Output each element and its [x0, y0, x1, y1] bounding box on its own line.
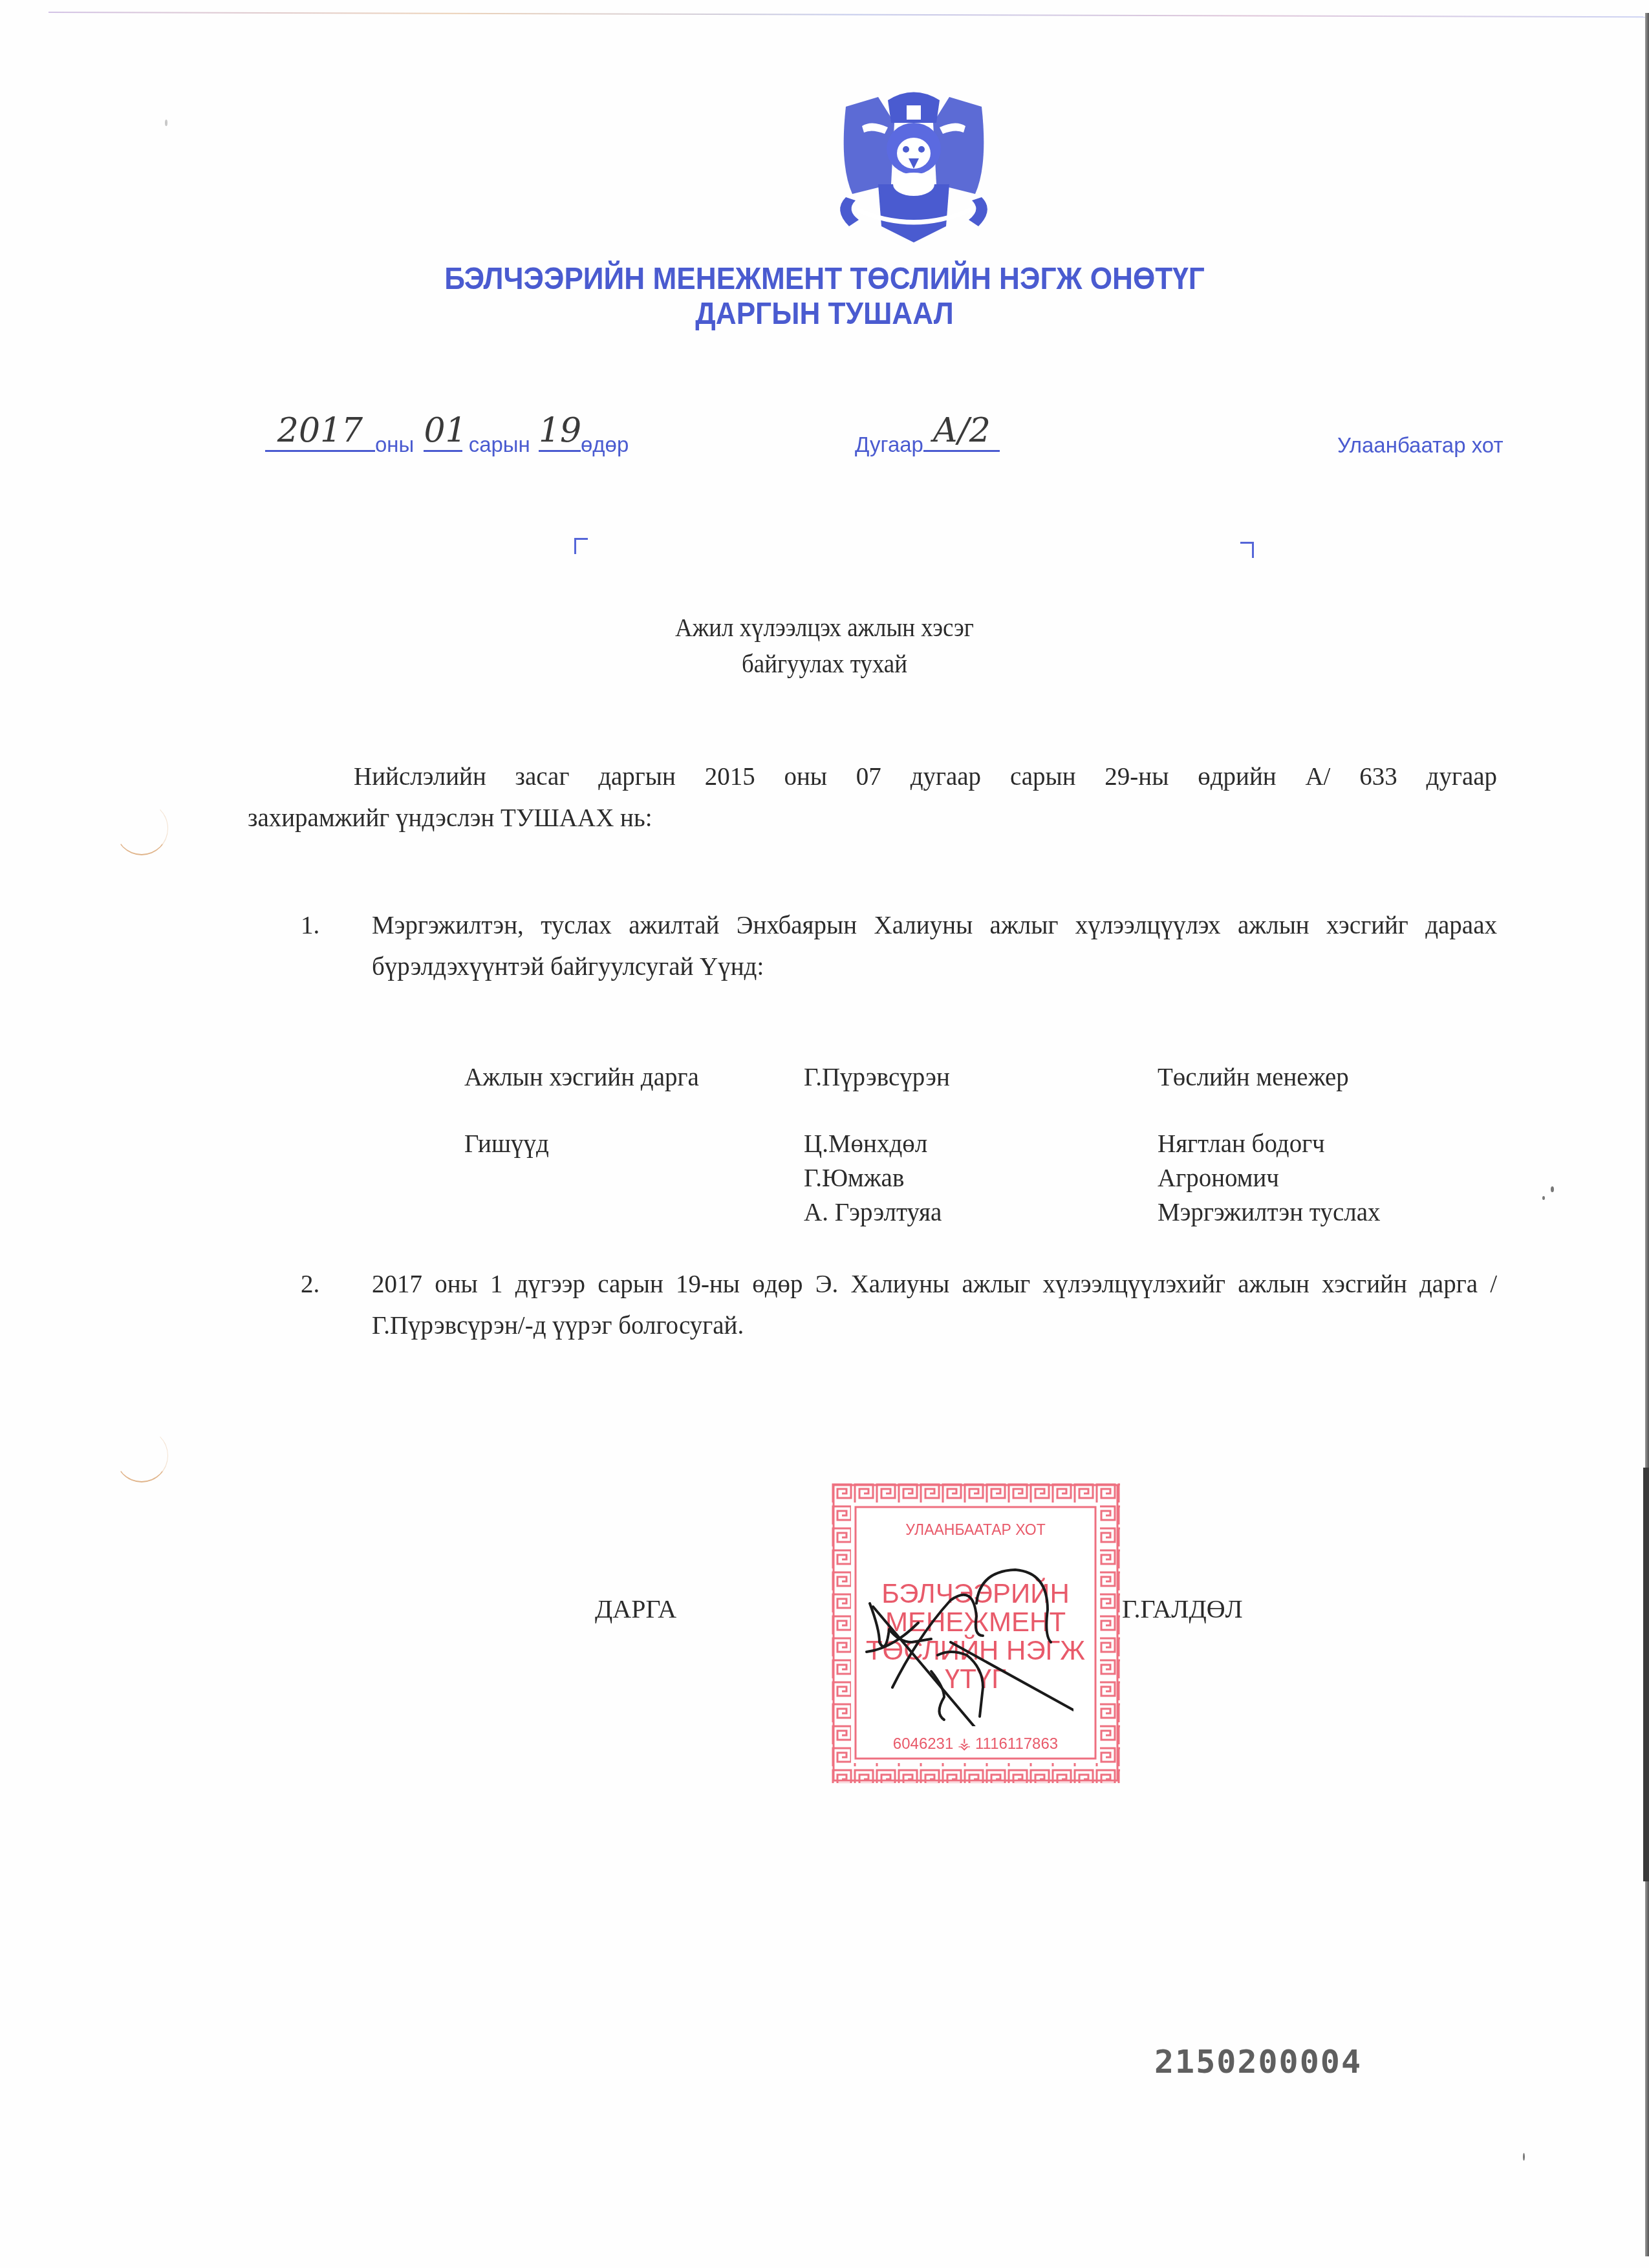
garuda-emblem-icon [833, 87, 995, 246]
name-cell: Г.Юмжав [804, 1161, 904, 1195]
subject-heading: Ажил хүлээлцэх ажлын хэсэг байгуулах тух… [83, 609, 1567, 681]
subject-bracket-right [1240, 542, 1254, 558]
order-item-2: 2. 2017 оны 1 дүгээр сарын 19-ны өдөр Э.… [301, 1264, 1497, 1347]
signatory-title: ДАРГА [595, 1594, 676, 1624]
month-suffix: сарын [469, 433, 530, 456]
signatory-name: Г.ГАЛДӨЛ [1122, 1594, 1243, 1624]
year-handwritten: 2017 [265, 414, 375, 447]
subject-line2: байгуулах тухай [83, 645, 1567, 681]
month-handwritten: 01 [424, 414, 462, 447]
name-cell: Г.Пүрэвсүрэн [804, 1060, 950, 1095]
scan-right-edge-shadow [1643, 1468, 1649, 1881]
day-handwritten: 19 [539, 414, 581, 447]
number-label: Дугаар [855, 433, 923, 456]
subject-bracket-left [574, 538, 588, 554]
position-cell: Агрономич [1158, 1161, 1279, 1195]
number-handwritten: А/2 [923, 414, 1000, 447]
organization-title: БЭЛЧЭЭРИЙН МЕНЕЖМЕНТ ТӨСЛИЙН НЭГЖ ОНӨТҮГ… [66, 262, 1583, 332]
position-cell: Мэргэжилтэн туслах [1158, 1195, 1380, 1230]
name-cell: Ц.Мөнхдөл [804, 1127, 927, 1161]
scan-speck [1551, 1186, 1554, 1192]
year-blank: 2017 [265, 427, 375, 452]
subject-line1: Ажил хүлээлцэх ажлын хэсэг [83, 609, 1567, 645]
order-item-1: 1. Мэргэжилтэн, туслах ажилтай Энхбаярын… [301, 905, 1497, 988]
organization-title-line2: ДАРГЫН ТУШААЛ [66, 297, 1583, 332]
day-blank: 19 [539, 427, 581, 452]
city-label: Улаанбаатар хот [1337, 433, 1503, 458]
month-blank: 01 [424, 427, 462, 452]
scan-speck [165, 120, 167, 126]
serial-number: 2150200004 [1154, 2043, 1362, 2081]
item-text: 2017 оны 1 дүгээр сарын 19-ны өдөр Э. Ха… [372, 1264, 1497, 1347]
role-cell: Гишүүд [464, 1127, 549, 1161]
stamp-city: УЛААНБААТАР ХОТ [831, 1521, 1120, 1539]
scan-speck [1542, 1196, 1545, 1200]
order-number-field: Дугаар А/2 [855, 427, 1000, 457]
role-cell: Ажлын хэсгийн дарга [464, 1060, 699, 1095]
day-suffix: өдөр [581, 433, 629, 456]
organization-title-line1: БЭЛЧЭЭРИЙН МЕНЕЖМЕНТ ТӨСЛИЙН НЭГЖ ОНӨТҮГ [66, 262, 1583, 297]
intro-line1: Нийслэлийн засаг даргын 2015 оны 07 дуга… [301, 756, 1497, 798]
scan-speck [1523, 2153, 1525, 2161]
intro-paragraph: Нийслэлийн засаг даргын 2015 оны 07 дуга… [301, 756, 1497, 839]
item-number: 2. [301, 1264, 319, 1305]
punch-hole-mark [115, 802, 168, 855]
position-cell: Төслийн менежер [1158, 1060, 1349, 1095]
date-field: 2017 оны 01 сарын 19 өдөр [265, 427, 629, 457]
item-number: 1. [301, 905, 319, 947]
header-meta-row: 2017 оны 01 сарын 19 өдөр Дугаар А/2 Ула… [0, 414, 1649, 472]
intro-line2: захирамжийг үндэслэн ТУШААХ нь: [248, 798, 1497, 839]
scan-right-edge [1645, 13, 1649, 2256]
name-cell: А. Гэрэлтуяа [804, 1195, 942, 1230]
year-suffix: оны [375, 433, 414, 456]
item-text: Мэргэжилтэн, туслах ажилтай Энхбаярын Ха… [372, 905, 1497, 988]
handwritten-signature-icon [854, 1558, 1073, 1726]
stamp-registration-codes: 6046231 ⚶ 1116117863 [831, 1735, 1120, 1753]
document-page: БЭЛЧЭЭРИЙН МЕНЕЖМЕНТ ТӨСЛИЙН НЭГЖ ОНӨТҮГ… [0, 0, 1649, 2268]
number-blank: А/2 [923, 427, 1000, 452]
position-cell: Нягтлан бодогч [1158, 1127, 1325, 1161]
punch-hole-mark [115, 1429, 168, 1482]
scan-edge-line [48, 12, 1649, 17]
